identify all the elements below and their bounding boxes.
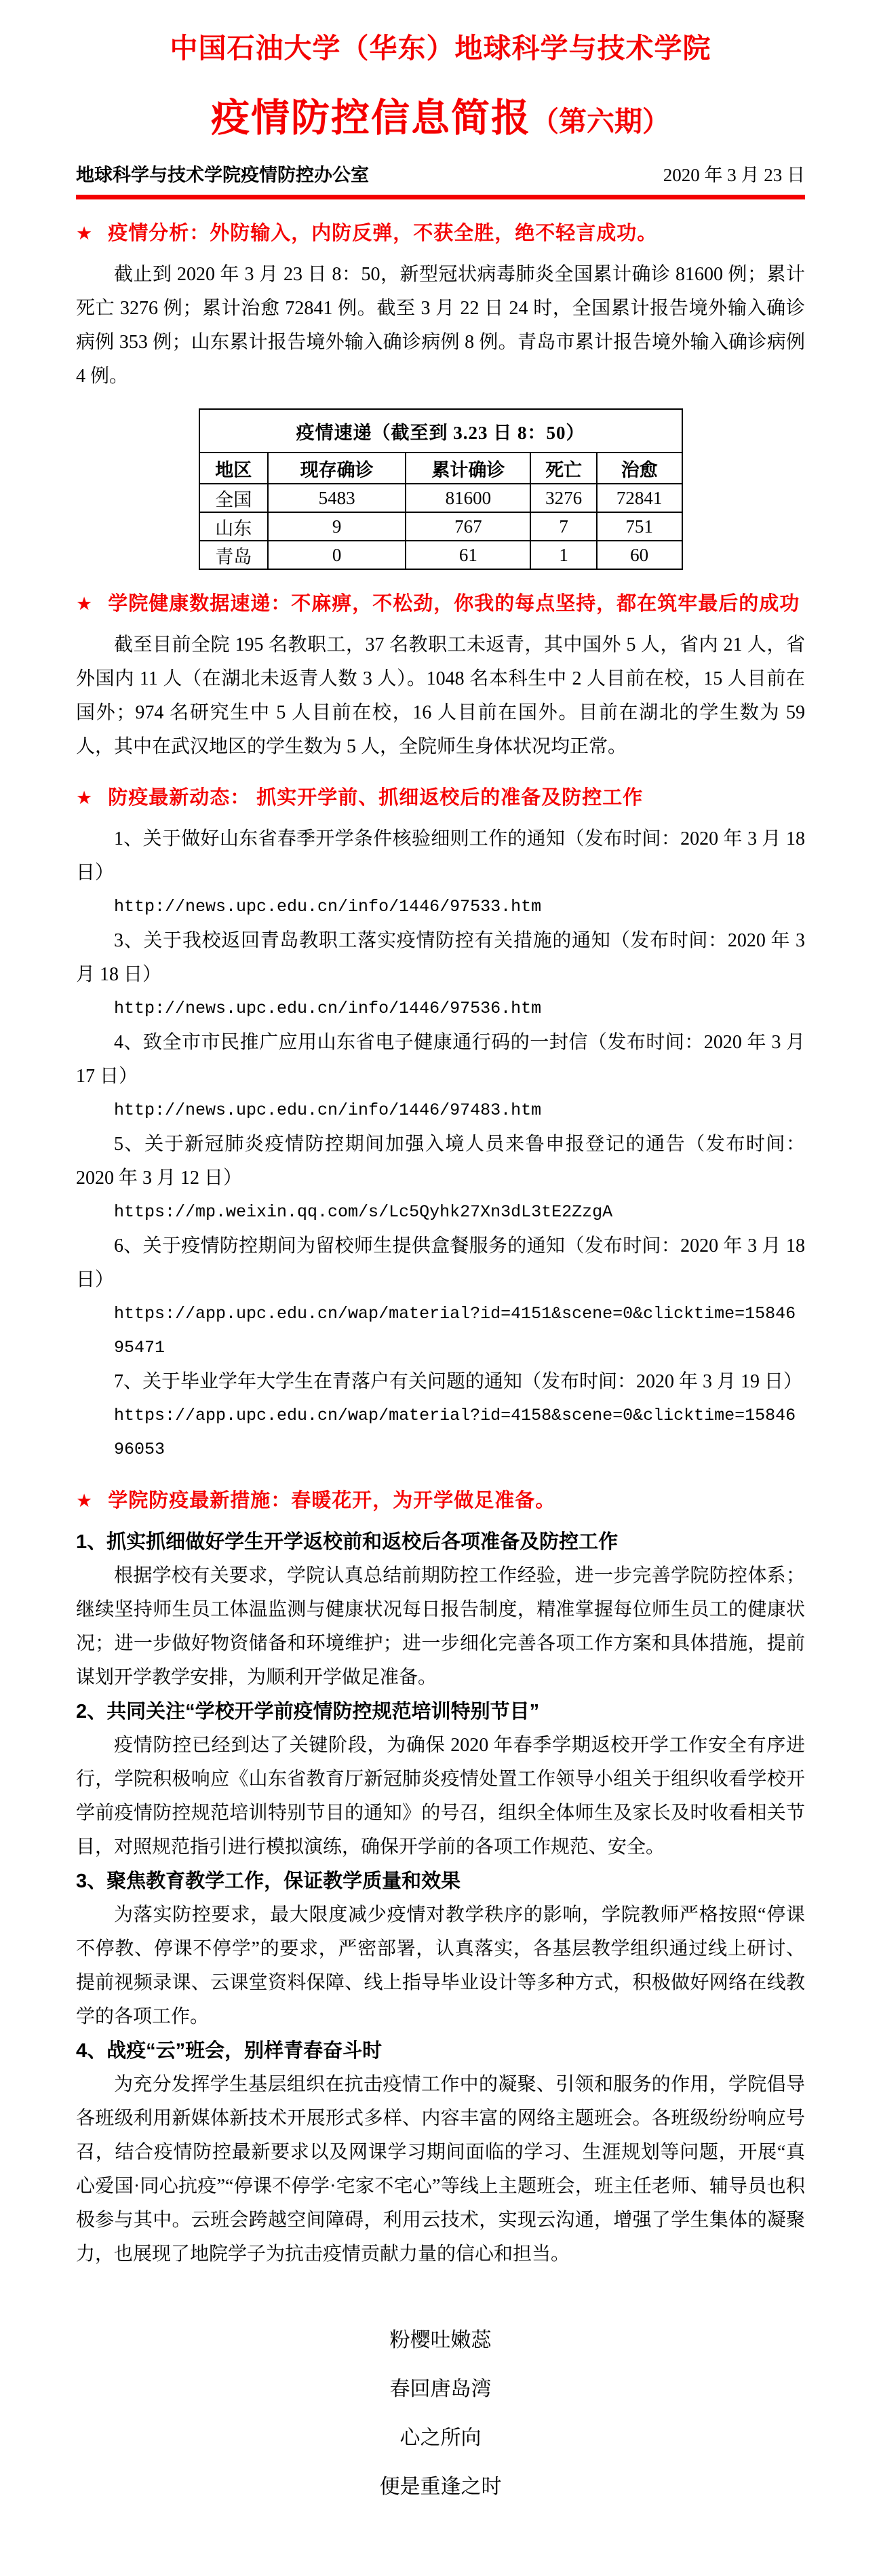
subsection-paragraph: 为充分发挥学生基层组织在抗击疫情工作中的凝聚、引领和服务的作用，学院倡导各班级利…	[76, 2068, 805, 2271]
measures-subsection: 2、共同关注“学校开学前疫情防控规范培训特别节目” 疫情防控已经到达了关键阶段，…	[76, 1695, 805, 1864]
document-page: 中国石油大学（华东）地球科学与技术学院 疫情防控信息简报（第六期） 地球科学与技…	[0, 0, 881, 2550]
notice-item: 1、关于做好山东省春季开学条件核验细则工作的通知（发布时间：2020 年 3 月…	[76, 822, 805, 924]
cell-region: 青岛	[199, 541, 268, 569]
cell-deaths: 3276	[530, 484, 597, 512]
cell-existing: 5483	[268, 484, 406, 512]
section-updates: ★防疫最新动态： 抓实开学前、抓细返校后的准备及防控工作 1、关于做好山东省春季…	[76, 783, 805, 1467]
analysis-heading: ★疫情分析：外防输入，内防反弹，不获全胜，绝不轻言成功。	[76, 218, 805, 248]
subsection-title: 1、抓实抓细做好学生开学返校前和返校后各项准备及防控工作	[76, 1525, 805, 1559]
section-analysis: ★疫情分析：外防输入，内防反弹，不获全胜，绝不轻言成功。 截止到 2020 年 …	[76, 218, 805, 570]
closing-poem: 粉樱吐嫩蕊 春回唐岛湾 心之所向 便是重逢之时	[76, 2316, 805, 2512]
notice-item-title: 6、关于疫情防控期间为留校师生提供盒餐服务的通知（发布时间：2020 年 3 月…	[76, 1229, 805, 1297]
cell-region: 全国	[199, 484, 268, 512]
bulletin-issue: （第六期）	[531, 106, 670, 137]
table-title-row: 疫情速递（截至到 3.23 日 8：50）	[199, 409, 682, 453]
measures-heading: ★学院防疫最新措施：春暖花开，为开学做足准备。	[76, 1486, 805, 1516]
notice-item-title: 7、关于毕业学年大学生在青落户有关问题的通知（发布时间：2020 年 3 月 1…	[76, 1365, 805, 1399]
subsection-title: 2、共同关注“学校开学前疫情防控规范培训特别节目”	[76, 1695, 805, 1729]
cell-cured: 60	[597, 541, 682, 569]
table-row: 山东 9 767 7 751	[199, 512, 682, 541]
notice-item-title: 4、致全市市民推广应用山东省电子健康通行码的一封信（发布时间：2020 年 3 …	[76, 1026, 805, 1094]
cell-cumulative: 767	[406, 512, 530, 541]
notice-item: 4、致全市市民推广应用山东省电子健康通行码的一封信（发布时间：2020 年 3 …	[76, 1026, 805, 1128]
measures-subsection: 4、战疫“云”班会，别样青春奋斗时 为充分发挥学生基层组织在抗击疫情工作中的凝聚…	[76, 2034, 805, 2271]
notice-item-title: 5、关于新冠肺炎疫情防控期间加强入境人员来鲁申报登记的通告（发布时间：2020 …	[76, 1128, 805, 1195]
cell-existing: 9	[268, 512, 406, 541]
cell-existing: 0	[268, 541, 406, 569]
table-row: 全国 5483 81600 3276 72841	[199, 484, 682, 512]
cell-cured: 72841	[597, 484, 682, 512]
health-paragraph: 截至目前全院 195 名教职工，37 名教职工未返青，其中国外 5 人，省内 2…	[76, 628, 805, 764]
analysis-heading-text: 疫情分析：外防输入，内防反弹，不获全胜，绝不轻言成功。	[108, 223, 657, 244]
updates-heading: ★防疫最新动态： 抓实开学前、抓细返校后的准备及防控工作	[76, 783, 805, 813]
notice-item-url: http://news.upc.edu.cn/info/1446/97483.h…	[76, 1094, 805, 1128]
poem-line: 春回唐岛湾	[76, 2365, 805, 2414]
bulletin-title: 疫情防控信息简报（第六期）	[76, 96, 805, 144]
notice-item: 5、关于新冠肺炎疫情防控期间加强入境人员来鲁申报登记的通告（发布时间：2020 …	[76, 1128, 805, 1229]
col-header-cured: 治愈	[597, 453, 682, 484]
cell-cumulative: 61	[406, 541, 530, 569]
notice-item-url: http://news.upc.edu.cn/info/1446/97533.h…	[76, 890, 805, 924]
updates-heading-text: 防疫最新动态： 抓实开学前、抓细返校后的准备及防控工作	[108, 787, 643, 809]
notice-item: 7、关于毕业学年大学生在青落户有关问题的通知（发布时间：2020 年 3 月 1…	[76, 1365, 805, 1467]
red-divider	[76, 195, 805, 199]
measures-heading-text: 学院防疫最新措施：春暖花开，为开学做足准备。	[108, 1490, 555, 1512]
notice-item: 6、关于疫情防控期间为留校师生提供盒餐服务的通知（发布时间：2020 年 3 月…	[76, 1229, 805, 1365]
table-title: 疫情速递（截至到 3.23 日 8：50）	[199, 409, 682, 453]
analysis-paragraph: 截止到 2020 年 3 月 23 日 8：50，新型冠状病毒肺炎全国累计确诊 …	[76, 258, 805, 393]
cell-region: 山东	[199, 512, 268, 541]
section-health-data: ★学院健康数据速递：不麻痹，不松劲，你我的每点坚持，都在筑牢最后的成功 截至目前…	[76, 589, 805, 764]
poem-line: 便是重逢之时	[76, 2463, 805, 2512]
measures-subsection: 3、聚焦教育教学工作，保证教学质量和效果 为落实防控要求，最大限度减少疫情对教学…	[76, 1864, 805, 2034]
notice-item-title: 3、关于我校返回青岛教职工落实疫情防控有关措施的通知（发布时间：2020 年 3…	[76, 924, 805, 992]
subsection-paragraph: 为落实防控要求，最大限度减少疫情对教学秩序的影响，学院教师严格按照“停课不停教、…	[76, 1898, 805, 2034]
notice-item-title: 1、关于做好山东省春季开学条件核验细则工作的通知（发布时间：2020 年 3 月…	[76, 822, 805, 890]
cell-cumulative: 81600	[406, 484, 530, 512]
cell-deaths: 1	[530, 541, 597, 569]
subsection-title: 4、战疫“云”班会，别样青春奋斗时	[76, 2034, 805, 2068]
notice-item-url: http://news.upc.edu.cn/info/1446/97536.h…	[76, 992, 805, 1026]
poem-line: 粉樱吐嫩蕊	[76, 2316, 805, 2365]
col-header-region: 地区	[199, 453, 268, 484]
section-measures: ★学院防疫最新措施：春暖花开，为开学做足准备。 1、抓实抓细做好学生开学返校前和…	[76, 1486, 805, 2271]
issuing-office: 地球科学与技术学院疫情防控办公室	[76, 160, 369, 187]
star-icon: ★	[76, 783, 93, 813]
health-heading: ★学院健康数据速递：不麻痹，不松劲，你我的每点坚持，都在筑牢最后的成功	[76, 589, 805, 619]
health-heading-text: 学院健康数据速递：不麻痹，不松劲，你我的每点坚持，都在筑牢最后的成功	[108, 593, 800, 615]
notice-item-url: https://mp.weixin.qq.com/s/Lc5Qyhk27Xn3d…	[76, 1195, 805, 1229]
notice-item-url: https://app.upc.edu.cn/wap/material?id=4…	[76, 1399, 805, 1467]
star-icon: ★	[76, 218, 93, 248]
col-header-existing: 现存确诊	[268, 453, 406, 484]
poem-line: 心之所向	[76, 2414, 805, 2463]
table-header-row: 地区 现存确诊 累计确诊 死亡 治愈	[199, 453, 682, 484]
subsection-paragraph: 疫情防控已经到达了关键阶段，为确保 2020 年春季学期返校开学工作安全有序进行…	[76, 1729, 805, 1864]
col-header-deaths: 死亡	[530, 453, 597, 484]
epidemic-stats-table: 疫情速递（截至到 3.23 日 8：50） 地区 现存确诊 累计确诊 死亡 治愈…	[199, 408, 683, 570]
table-row: 青岛 0 61 1 60	[199, 541, 682, 569]
issue-date: 2020 年 3 月 23 日	[663, 160, 805, 187]
school-title: 中国石油大学（华东）地球科学与技术学院	[76, 30, 805, 66]
star-icon: ★	[76, 589, 93, 619]
col-header-cumulative: 累计确诊	[406, 453, 530, 484]
meta-row: 地球科学与技术学院疫情防控办公室 2020 年 3 月 23 日	[76, 160, 805, 187]
star-icon: ★	[76, 1486, 93, 1516]
subsection-title: 3、聚焦教育教学工作，保证教学质量和效果	[76, 1864, 805, 1898]
measures-subsection: 1、抓实抓细做好学生开学返校前和返校后各项准备及防控工作 根据学校有关要求，学院…	[76, 1525, 805, 1695]
cell-cured: 751	[597, 512, 682, 541]
bulletin-title-text: 疫情防控信息简报	[211, 97, 531, 140]
notice-item: 3、关于我校返回青岛教职工落实疫情防控有关措施的通知（发布时间：2020 年 3…	[76, 924, 805, 1026]
cell-deaths: 7	[530, 512, 597, 541]
notice-item-url: https://app.upc.edu.cn/wap/material?id=4…	[76, 1297, 805, 1365]
subsection-paragraph: 根据学校有关要求，学院认真总结前期防控工作经验，进一步完善学院防控体系；继续坚持…	[76, 1559, 805, 1695]
